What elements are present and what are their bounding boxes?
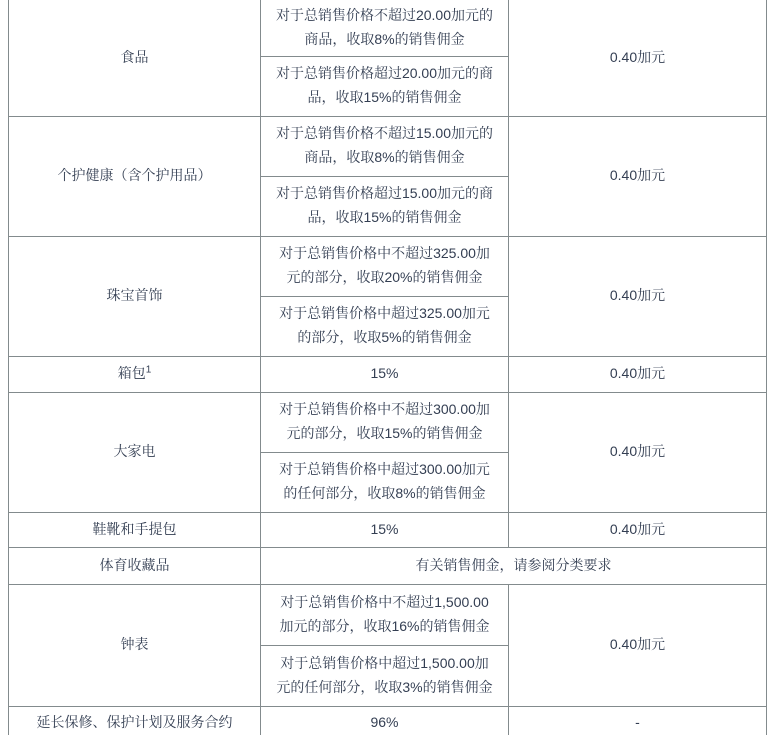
min-fee-cell: 0.40加元: [509, 392, 767, 512]
min-fee-cell: 0.40加元: [509, 236, 767, 356]
min-fee-cell: 0.40加元: [509, 584, 767, 706]
table-row: 食品 对于总销售价格不超过20.00加元的商品，收取8%的销售佣金 0.40加元: [9, 0, 767, 56]
category-cell: 体育收藏品: [9, 547, 261, 584]
category-cell: 箱包1: [9, 356, 261, 392]
commission-tier-cell: 对于总销售价格超过20.00加元的商品，收取15%的销售佣金: [261, 56, 509, 116]
footnote-marker: 1: [146, 365, 152, 376]
commission-tier-cell: 对于总销售价格中超过300.00加元的任何部分，收取8%的销售佣金: [261, 452, 509, 512]
min-fee-cell: 0.40加元: [509, 512, 767, 547]
category-cell: 延长保修、保护计划及服务合约: [9, 706, 261, 735]
commission-tier-cell: 对于总销售价格不超过20.00加元的商品，收取8%的销售佣金: [261, 0, 509, 56]
table-row: 鞋靴和手提包 15% 0.40加元: [9, 512, 767, 547]
table-row: 体育收藏品 有关销售佣金，请参阅分类要求: [9, 547, 767, 584]
table-row: 珠宝首饰 对于总销售价格中不超过325.00加元的部分，收取20%的销售佣金 0…: [9, 236, 767, 296]
commission-rate-cell: 15%: [261, 512, 509, 547]
category-cell: 钟表: [9, 584, 261, 706]
table-row: 大家电 对于总销售价格中不超过300.00加元的部分，收取15%的销售佣金 0.…: [9, 392, 767, 452]
min-fee-cell: 0.40加元: [509, 116, 767, 236]
table-row: 钟表 对于总销售价格中不超过1,500.00加元的部分，收取16%的销售佣金 0…: [9, 584, 767, 645]
commission-tier-cell: 对于总销售价格中超过325.00加元的部分，收取5%的销售佣金: [261, 296, 509, 356]
commission-tier-cell: 对于总销售价格中超过1,500.00加元的任何部分，收取3%的销售佣金: [261, 645, 509, 706]
table-row: 个护健康（含个护用品） 对于总销售价格不超过15.00加元的商品，收取8%的销售…: [9, 116, 767, 176]
commission-note-cell: 有关销售佣金，请参阅分类要求: [261, 547, 767, 584]
category-cell: 珠宝首饰: [9, 236, 261, 356]
category-cell: 大家电: [9, 392, 261, 512]
min-fee-cell: 0.40加元: [509, 0, 767, 116]
commission-rate-cell: 15%: [261, 356, 509, 392]
category-label: 箱包: [118, 365, 146, 381]
table-row: 箱包1 15% 0.40加元: [9, 356, 767, 392]
category-cell: 鞋靴和手提包: [9, 512, 261, 547]
category-cell: 个护健康（含个护用品）: [9, 116, 261, 236]
commission-tier-cell: 对于总销售价格超过15.00加元的商品，收取15%的销售佣金: [261, 176, 509, 236]
commission-tier-cell: 对于总销售价格中不超过300.00加元的部分，收取15%的销售佣金: [261, 392, 509, 452]
referral-fee-table: 食品 对于总销售价格不超过20.00加元的商品，收取8%的销售佣金 0.40加元…: [8, 0, 767, 735]
commission-tier-cell: 对于总销售价格中不超过1,500.00加元的部分，收取16%的销售佣金: [261, 584, 509, 645]
commission-tier-cell: 对于总销售价格中不超过325.00加元的部分，收取20%的销售佣金: [261, 236, 509, 296]
commission-rate-cell: 96%: [261, 706, 509, 735]
category-cell: 食品: [9, 0, 261, 116]
table-row: 延长保修、保护计划及服务合约 96% -: [9, 706, 767, 735]
min-fee-cell: 0.40加元: [509, 356, 767, 392]
min-fee-cell: -: [509, 706, 767, 735]
commission-tier-cell: 对于总销售价格不超过15.00加元的商品，收取8%的销售佣金: [261, 116, 509, 176]
